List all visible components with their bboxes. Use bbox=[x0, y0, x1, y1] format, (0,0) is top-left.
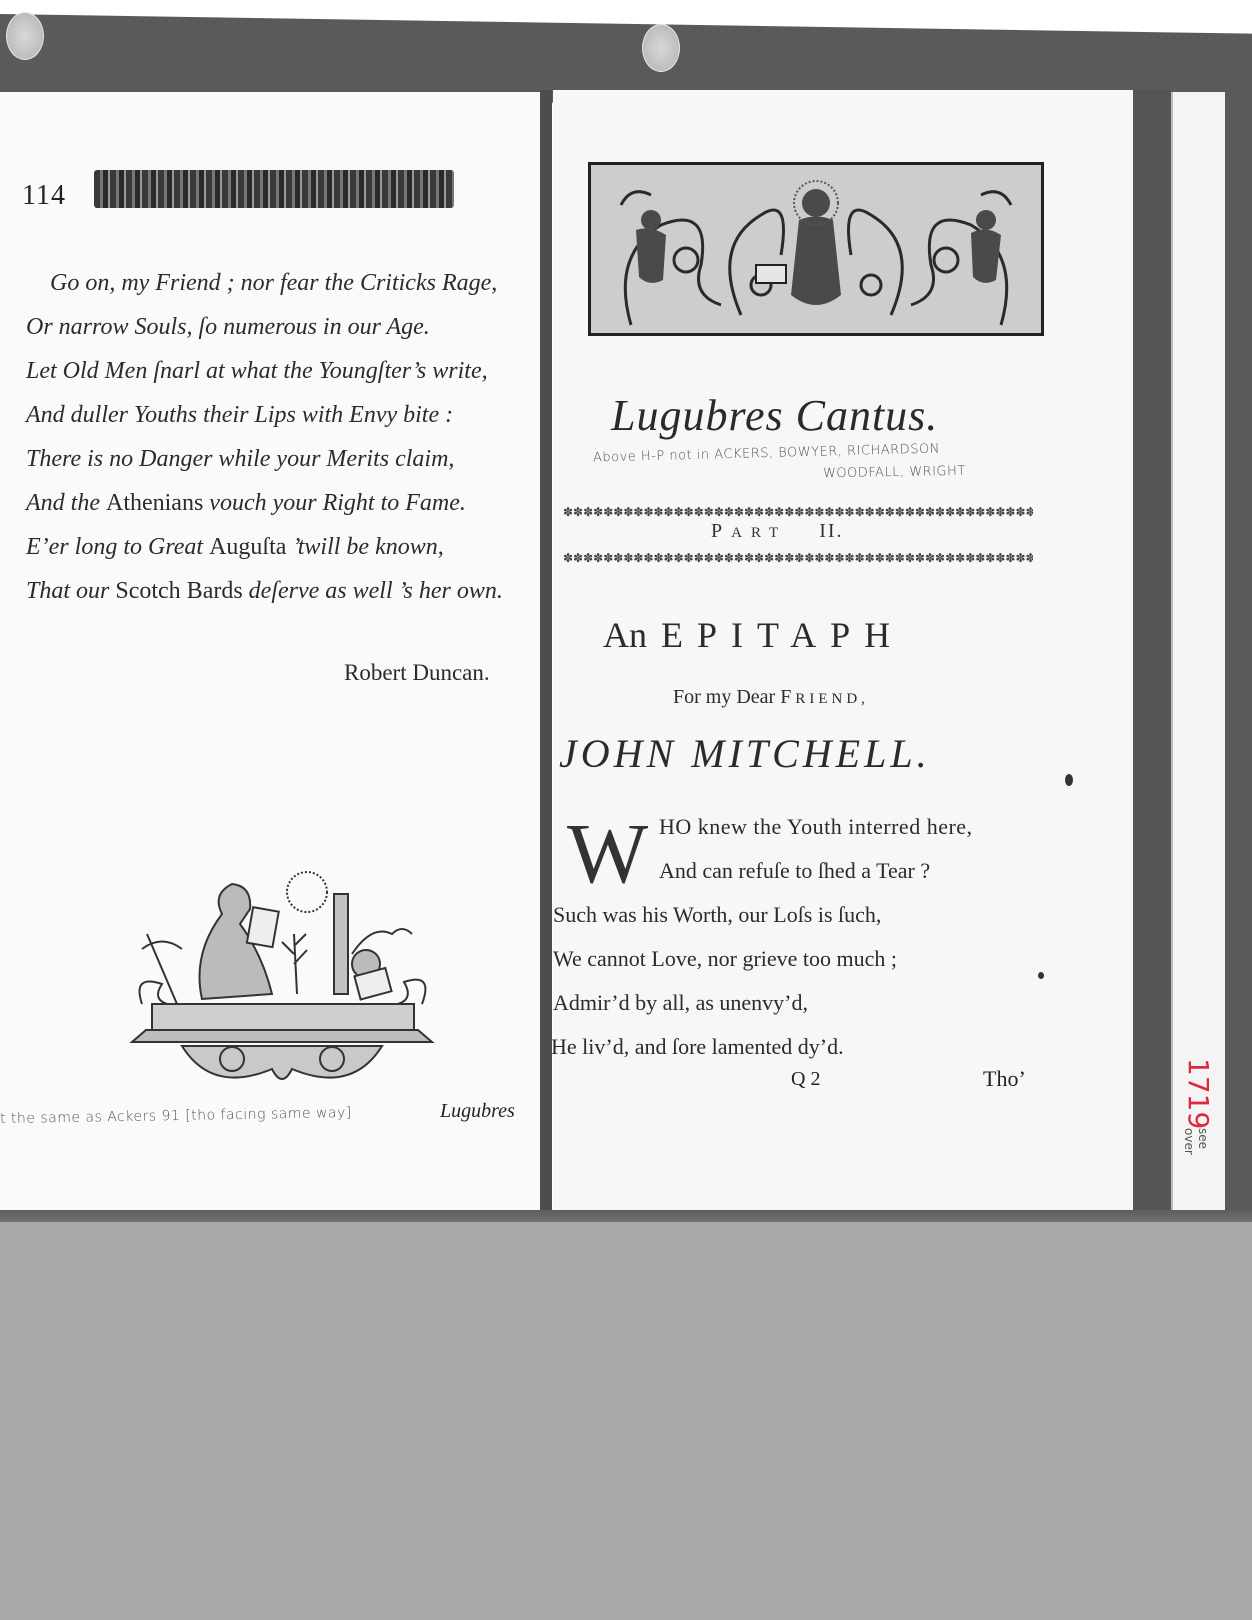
heading-main: EPITAPH bbox=[661, 615, 904, 655]
handwritten-year: 1719 bbox=[1182, 1058, 1215, 1129]
poem-line: And duller Youths their Lips with Envy b… bbox=[26, 402, 453, 429]
catchword: Lugubres bbox=[440, 1100, 515, 1123]
poem-line-segment: There is no Danger while your Merits cla… bbox=[26, 446, 454, 472]
heading-prefix: An bbox=[603, 615, 647, 655]
page-edge-strip bbox=[1171, 92, 1227, 1222]
handwritten-see-over: see over bbox=[1182, 1128, 1210, 1170]
poem-line-segment: Or narrow Souls, ſo numerous in our Age. bbox=[26, 314, 430, 340]
poem-line: And the Athenians vouch your Right to Fa… bbox=[26, 490, 466, 517]
poem-line-segment: Go on, my Friend ; nor fear the Criticks… bbox=[50, 270, 497, 296]
part-rest: ART bbox=[731, 525, 787, 541]
part-initial: P bbox=[711, 520, 731, 542]
poem-line: That our Scotch Bards deſerve as well ’s… bbox=[26, 578, 503, 605]
ink-speck bbox=[1038, 972, 1044, 979]
poem-line-segment: And the bbox=[26, 490, 106, 516]
binder-hole bbox=[6, 12, 44, 60]
page-edge-shadow bbox=[1225, 90, 1252, 1230]
handwritten-note: WOODFALL, WRIGHT bbox=[823, 464, 966, 481]
verse-line: Admir’d by all, as unenvy’d, bbox=[553, 990, 808, 1016]
catchword: Tho’ bbox=[983, 1066, 1026, 1092]
dedicatee-name: JOHN MITCHELL. bbox=[559, 730, 931, 777]
poem-line-segment: And duller Youths their Lips with Envy b… bbox=[26, 402, 453, 428]
handwritten-note: t the same as Ackers 91 [tho facing same… bbox=[0, 1105, 352, 1127]
poem-line-segment: That our bbox=[26, 578, 115, 604]
dedication-prefix: For my Dear bbox=[673, 686, 780, 708]
book-title: Lugubres Cantus. bbox=[611, 390, 938, 441]
signature-mark: Q 2 bbox=[791, 1068, 820, 1091]
dedication-rest: RIEND, bbox=[795, 691, 869, 707]
part-number: II. bbox=[819, 520, 843, 542]
ornamental-headband bbox=[94, 170, 454, 208]
poem-line: There is no Danger while your Merits cla… bbox=[26, 446, 454, 473]
poem-author-signature: Robert Duncan. bbox=[344, 660, 490, 686]
poem-line-segment: Athenians bbox=[106, 490, 203, 516]
epitaph-heading: AnEPITAPH bbox=[603, 614, 904, 656]
part-heading: PART II. bbox=[711, 520, 844, 543]
dedication-line: For my Dear FRIEND, bbox=[673, 686, 869, 709]
poem-line-segment: Scotch Bards bbox=[115, 578, 242, 604]
left-page: 114 Go on, my Friend ; nor fear the Crit… bbox=[0, 92, 540, 1212]
verse-line: And can refuſe to ſhed a Tear ? bbox=[659, 858, 930, 884]
page-edge-shadow bbox=[1133, 90, 1171, 1230]
poem-line: Or narrow Souls, ſo numerous in our Age. bbox=[26, 314, 430, 341]
verse-line: Such was his Worth, our Loſs is ſuch, bbox=[553, 902, 881, 928]
page-number: 114 bbox=[22, 180, 66, 212]
handwritten-note: Above H-P not in ACKERS, BOWYER, RICHARD… bbox=[593, 441, 940, 465]
ornamental-rule: ✽✽✽✽✽✽✽✽✽✽✽✽✽✽✽✽✽✽✽✽✽✽✽✽✽✽✽✽✽✽✽✽✽✽✽✽✽✽✽✽… bbox=[563, 506, 1033, 518]
tailpiece-vignette-illustration bbox=[122, 854, 442, 1094]
drop-cap: W bbox=[567, 810, 648, 896]
poem-line: E’er long to Great Auguſta ’twill be kno… bbox=[26, 534, 444, 561]
poem-line-segment: ’twill be known, bbox=[286, 534, 443, 560]
poem-line-segment: Let Old Men ſnarl at what the Youngſter’… bbox=[26, 358, 488, 384]
poem-line: Let Old Men ſnarl at what the Youngſter’… bbox=[26, 358, 488, 385]
verse-line: He liv’d, and ſore lamented dy’d. bbox=[551, 1034, 844, 1060]
headpiece-woodcut-illustration bbox=[588, 162, 1044, 336]
poem-line-segment: E’er long to Great bbox=[26, 534, 209, 560]
binder-hole bbox=[642, 24, 680, 72]
poem-line-segment: deſerve as well ’s her own. bbox=[243, 578, 503, 604]
verse-line: HO knew the Youth interred here, bbox=[659, 814, 973, 840]
scanner-bed bbox=[0, 1222, 1252, 1620]
poem-line: Go on, my Friend ; nor fear the Criticks… bbox=[50, 270, 497, 297]
poem-line-segment: vouch your Right to Fame. bbox=[203, 490, 466, 516]
verse-line: We cannot Love, nor grieve too much ; bbox=[553, 946, 897, 972]
right-page: Lugubres Cantus. Above H-P not in ACKERS… bbox=[553, 90, 1133, 1218]
ornamental-rule: ✽✽✽✽✽✽✽✽✽✽✽✽✽✽✽✽✽✽✽✽✽✽✽✽✽✽✽✽✽✽✽✽✽✽✽✽✽✽✽✽… bbox=[563, 552, 1033, 564]
dedication-initial: F bbox=[780, 686, 795, 708]
poem-line-segment: Auguſta bbox=[209, 534, 286, 560]
ink-speck bbox=[1065, 774, 1073, 786]
